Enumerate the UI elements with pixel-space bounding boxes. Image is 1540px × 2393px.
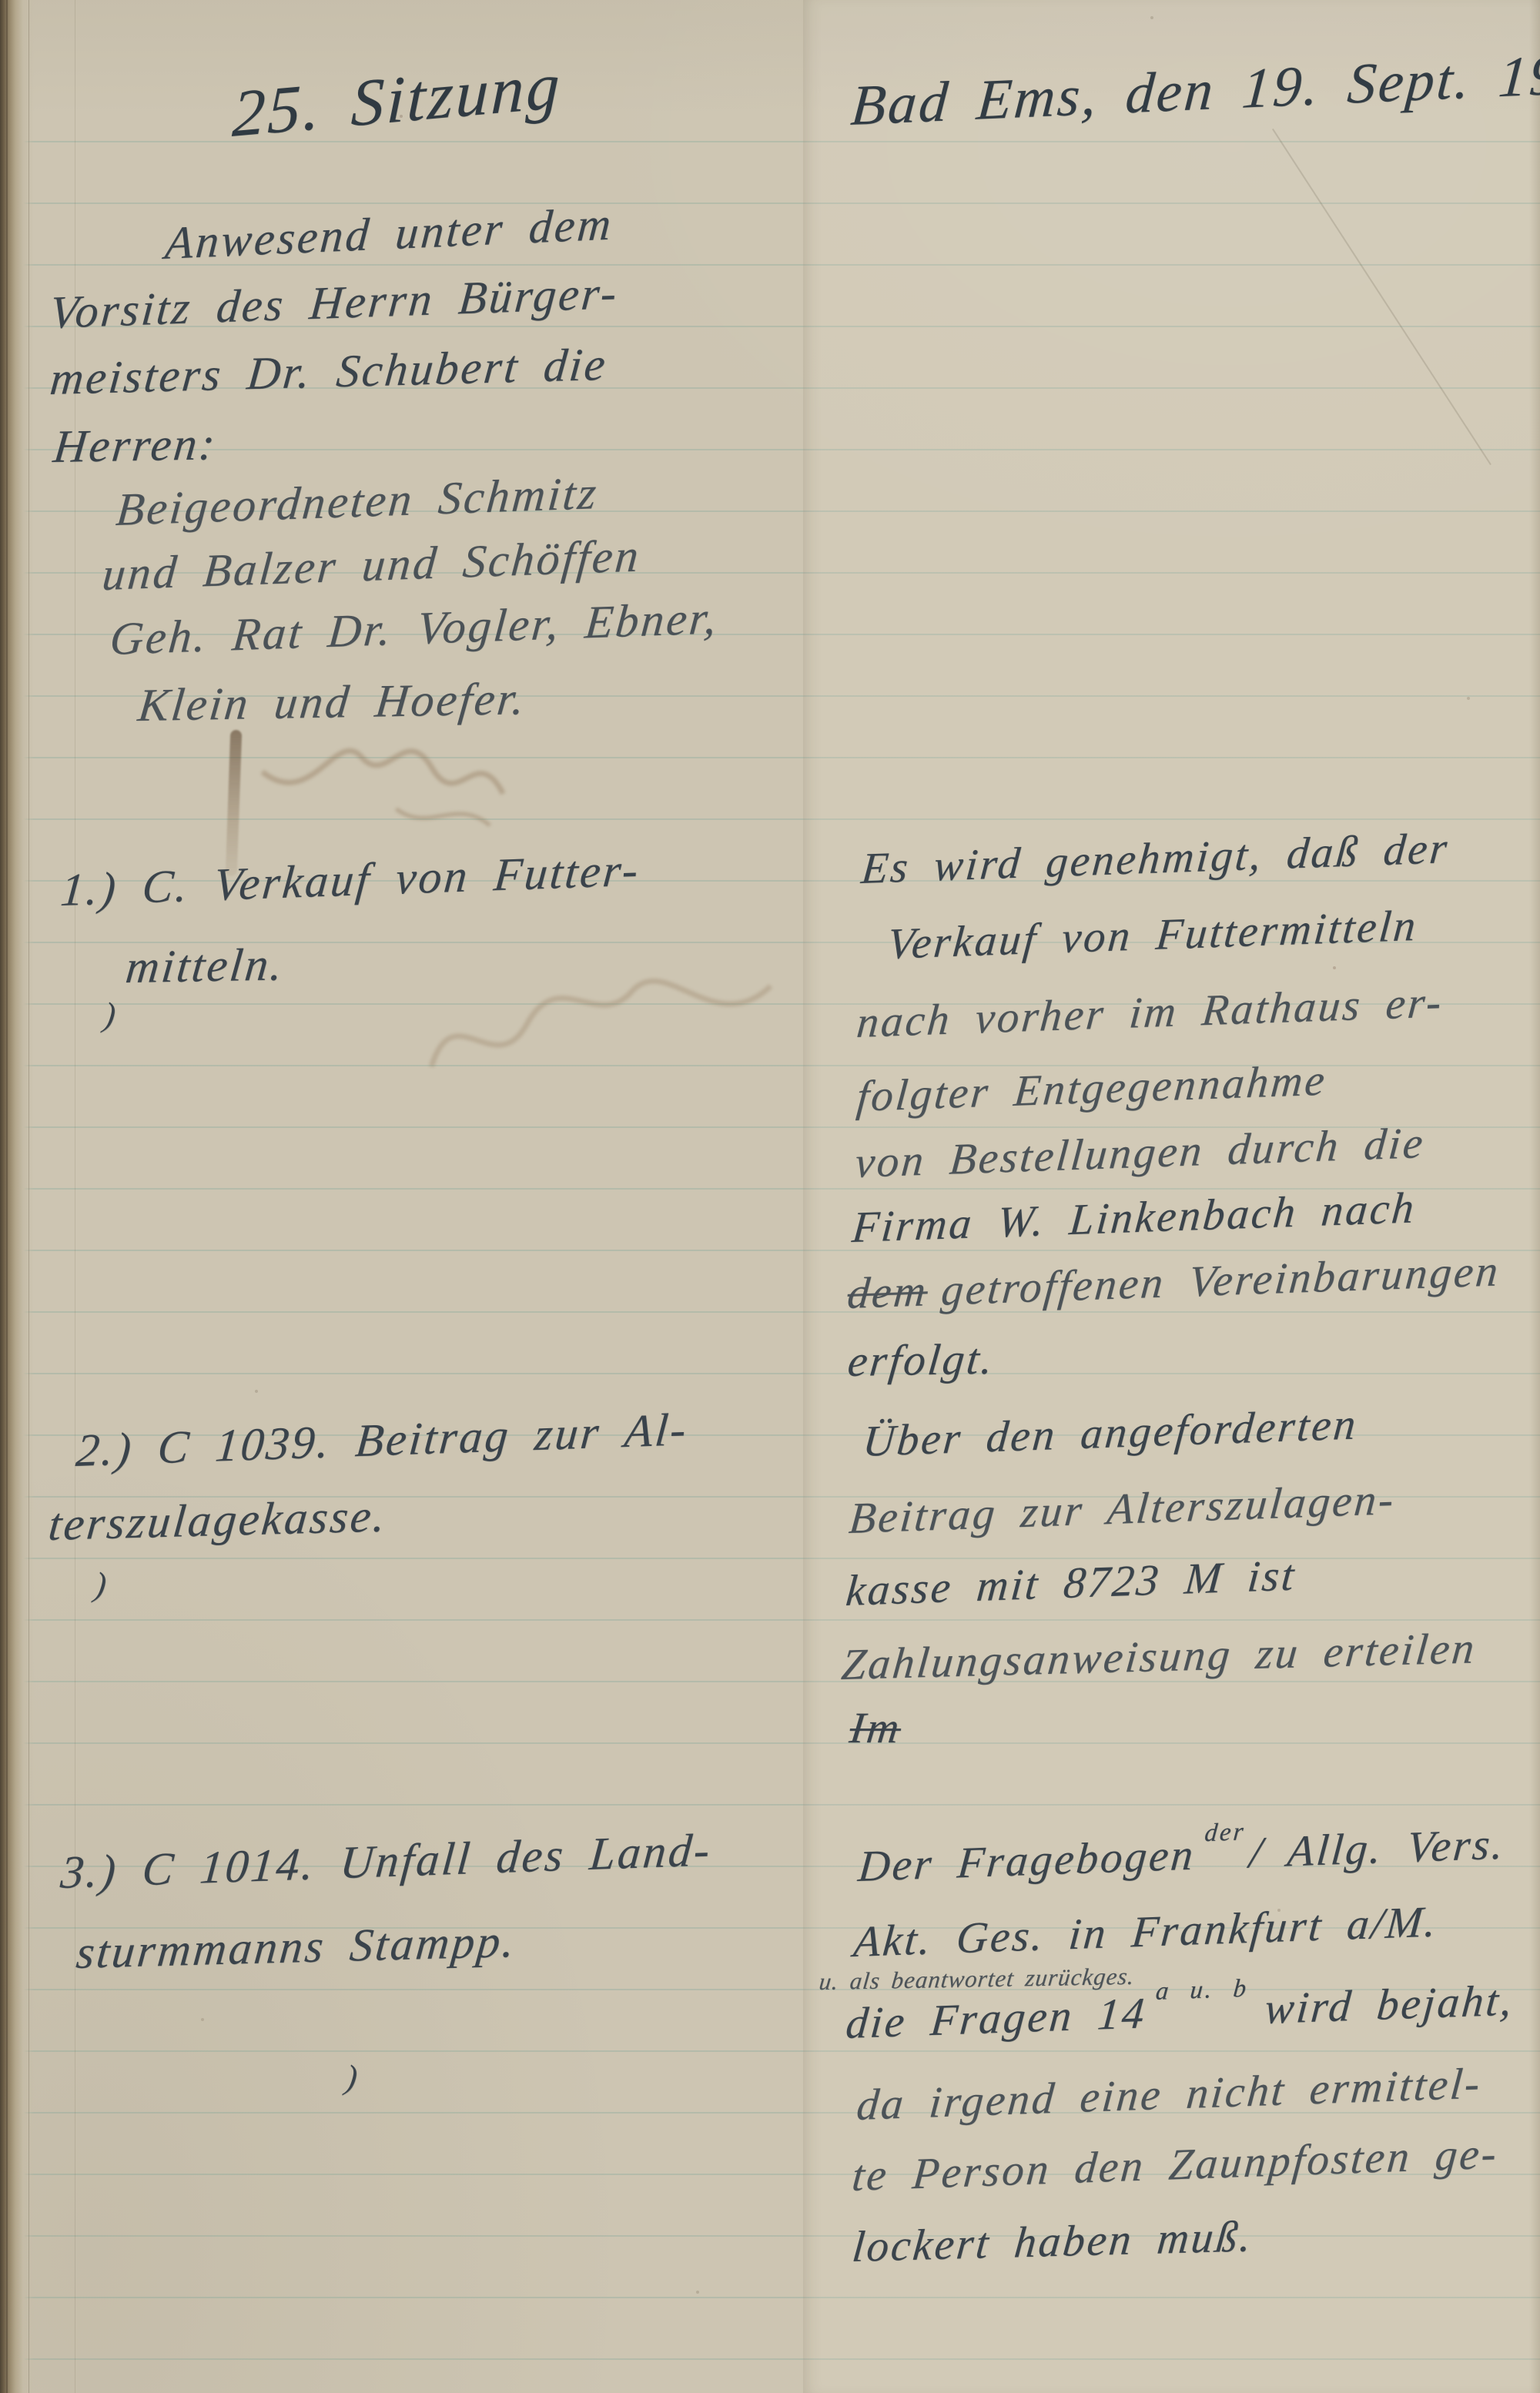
item-1-resolution-line-8: erfolgt. <box>845 1334 997 1387</box>
inserted-word-above-line: der <box>1204 1818 1247 1847</box>
page-right-edge-shading <box>1529 0 1540 2393</box>
attendance-line-8: Klein und Hoefer. <box>136 672 529 732</box>
struck-word: dem <box>845 1267 929 1318</box>
superscript-answer-letters: a u. b <box>1154 1975 1249 2006</box>
session-title: 25. Sitzung <box>231 46 563 152</box>
item-3-resolution-line-6: lockert haben muß. <box>850 2211 1256 2272</box>
struck-word: Im <box>847 1704 904 1752</box>
manuscript-page: 25. Sitzung Bad Ems, den 19. Sept. 1916 … <box>0 0 1540 2393</box>
paper-specks <box>0 0 2 2</box>
binding-edge-line <box>6 0 8 2393</box>
item-2-struck-word: Im <box>847 1703 918 1753</box>
item-1-subject-line-2: mitteln. <box>123 938 287 994</box>
resolution-text: die Fragen 14 <box>844 1989 1148 2048</box>
resolution-text: / Allg. Vers. <box>1247 1819 1507 1877</box>
resolution-text: wird bejaht, <box>1263 1976 1516 2033</box>
margin-crease-line <box>28 0 29 2393</box>
attendance-line-4: Herren: <box>51 417 219 474</box>
item-2-subject-line-2: terszulagekasse. <box>46 1489 390 1551</box>
ink-offset-ghost-icon <box>243 708 514 857</box>
